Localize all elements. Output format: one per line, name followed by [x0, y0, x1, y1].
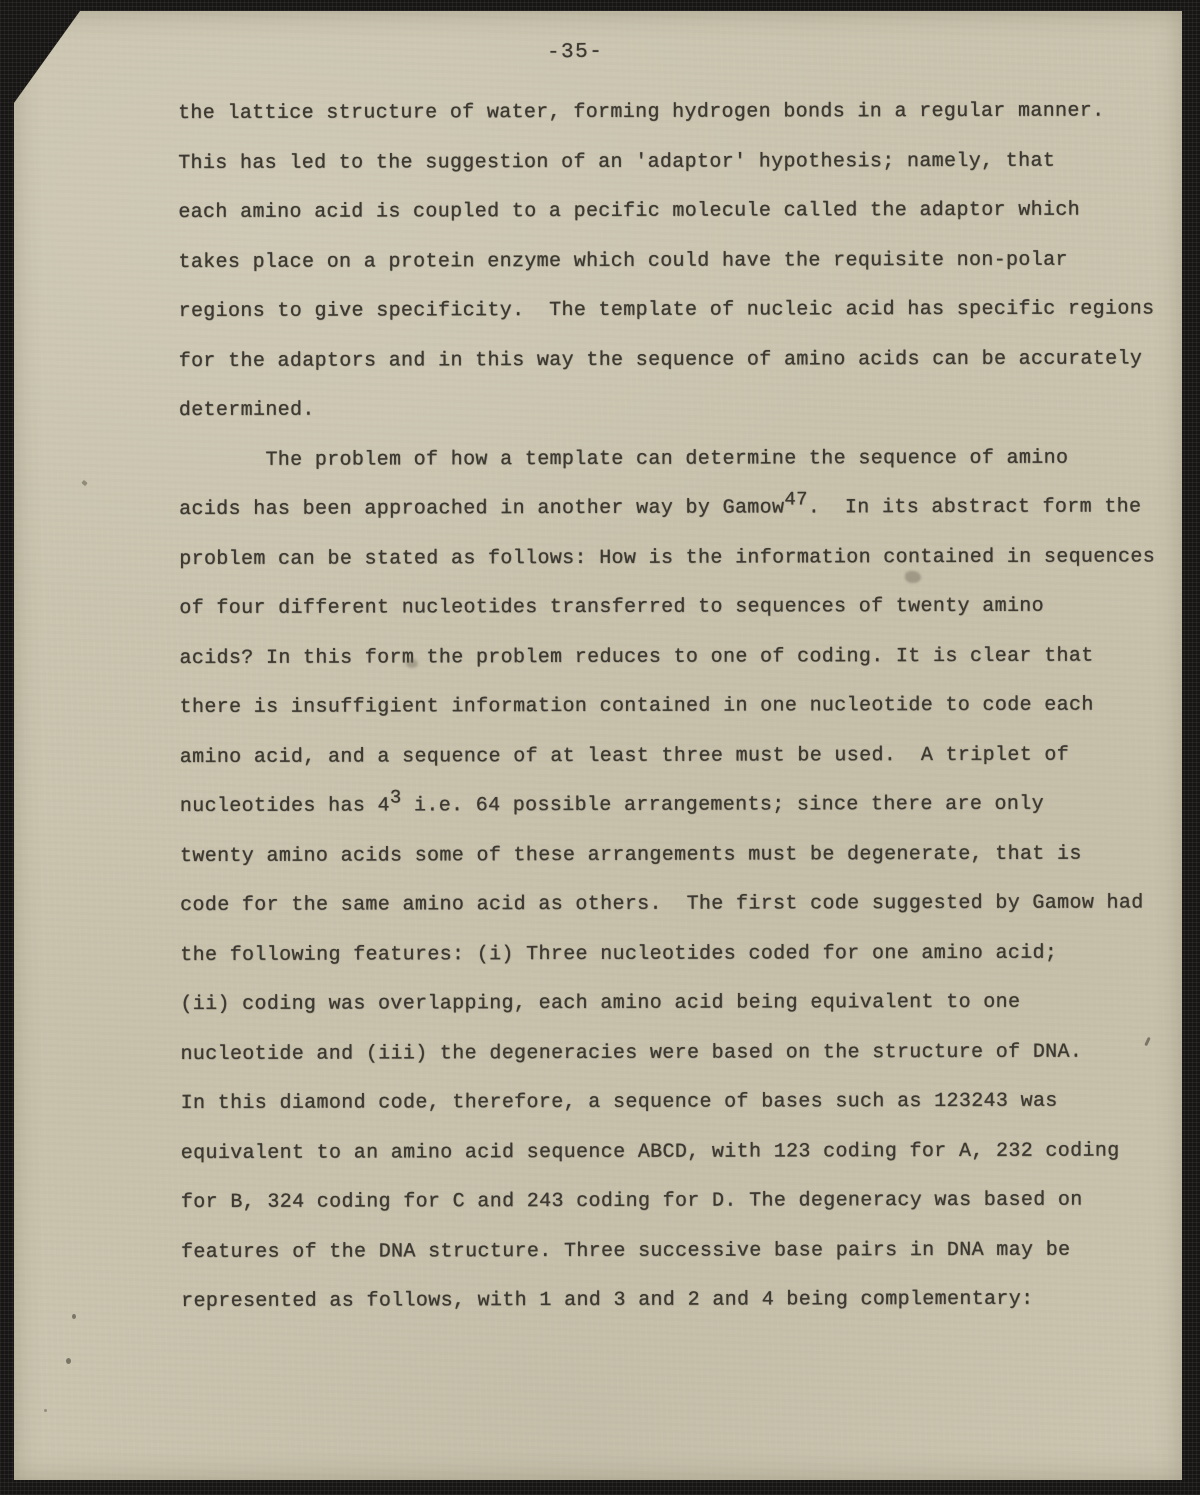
text-line: takes place on a protein enzyme which co… [178, 235, 1168, 287]
text-line: each amino acid is coupled to a pecific … [178, 185, 1168, 237]
page-number: -35- [547, 41, 604, 65]
text-line: equivalent to an amino acid sequence ABC… [181, 1126, 1171, 1178]
text-line: the following features: (i) Three nucleo… [180, 928, 1170, 980]
text-line: amino acid, and a sequence of at least t… [180, 730, 1170, 782]
text-line: nucleotides has 43 i.e. 64 possible arra… [180, 779, 1170, 831]
superscript: 3 [390, 786, 402, 808]
text-line: represented as follows, with 1 and 3 and… [181, 1274, 1171, 1326]
text-line: The problem of how a template can determ… [179, 433, 1169, 485]
ink-speck [81, 480, 87, 486]
text-line: acids? In this form the problem reduces … [179, 631, 1169, 683]
ink-speck [72, 1314, 76, 1319]
text-line: for B, 324 coding for C and 243 coding f… [181, 1175, 1171, 1227]
text-line: This has led to the suggestion of an 'ad… [178, 136, 1168, 188]
text-line: determined. [179, 383, 1169, 435]
ink-speck [44, 1409, 47, 1412]
ink-speck [66, 1358, 71, 1364]
typed-text: the lattice structure of water, forming … [178, 86, 1171, 1326]
text-line: (ii) coding was overlapping, each amino … [180, 977, 1170, 1029]
superscript: 47 [784, 488, 808, 510]
text-line: for the adaptors and in this way the seq… [179, 334, 1169, 386]
smudge-mark [406, 659, 418, 668]
text-line: there is insuffigient information contai… [180, 680, 1170, 732]
text-line: nucleotide and (iii) the degeneracies we… [180, 1027, 1170, 1079]
text-line: acids has been approached in another way… [179, 482, 1169, 534]
text-line: the lattice structure of water, forming … [178, 86, 1168, 138]
text-line: twenty amino acids some of these arrange… [180, 829, 1170, 881]
text-line: In this diamond code, therefore, a seque… [181, 1076, 1171, 1128]
scan-background: { "colors": { "paper": "#cac4af", "backg… [0, 0, 1200, 1495]
document-page: -35- the lattice structure of water, for… [14, 11, 1182, 1480]
text-line: regions to give specificity. The templat… [179, 284, 1169, 336]
text-line: of four different nucleotides transferre… [179, 581, 1169, 633]
text-line: code for the same amino acid as others. … [180, 878, 1170, 930]
text-line: problem can be stated as follows: How is… [179, 532, 1169, 584]
smudge-mark [905, 571, 921, 583]
text-line: features of the DNA structure. Three suc… [181, 1225, 1171, 1277]
